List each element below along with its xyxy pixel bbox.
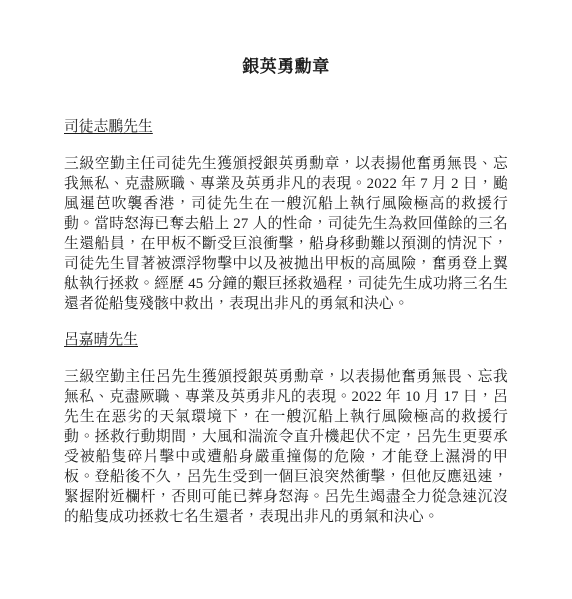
- citation-paragraph-lui: 三級空勤主任呂先生獲頒授銀英勇勳章，以表揚他奮勇無畏、忘我無私、克盡厥職、專業及…: [64, 367, 508, 527]
- section-lui: 呂嘉晴先生 三級空勤主任呂先生獲頒授銀英勇勳章，以表揚他奮勇無畏、忘我無私、克盡…: [64, 330, 508, 527]
- document-title: 銀英勇勳章: [64, 57, 508, 77]
- document-page: 銀英勇勳章 司徒志鵬先生 三級空勤主任司徒先生獲頒授銀英勇勳章，以表揚他奮勇無畏…: [0, 0, 572, 599]
- section-heading-szeto: 司徒志鵬先生: [64, 117, 508, 137]
- section-szeto: 司徒志鵬先生 三級空勤主任司徒先生獲頒授銀英勇勳章，以表揚他奮勇無畏、忘我無私、…: [64, 117, 508, 314]
- section-heading-lui: 呂嘉晴先生: [64, 330, 508, 350]
- citation-paragraph-szeto: 三級空勤主任司徒先生獲頒授銀英勇勳章，以表揚他奮勇無畏、忘我無私、克盡厥職、專業…: [64, 154, 508, 314]
